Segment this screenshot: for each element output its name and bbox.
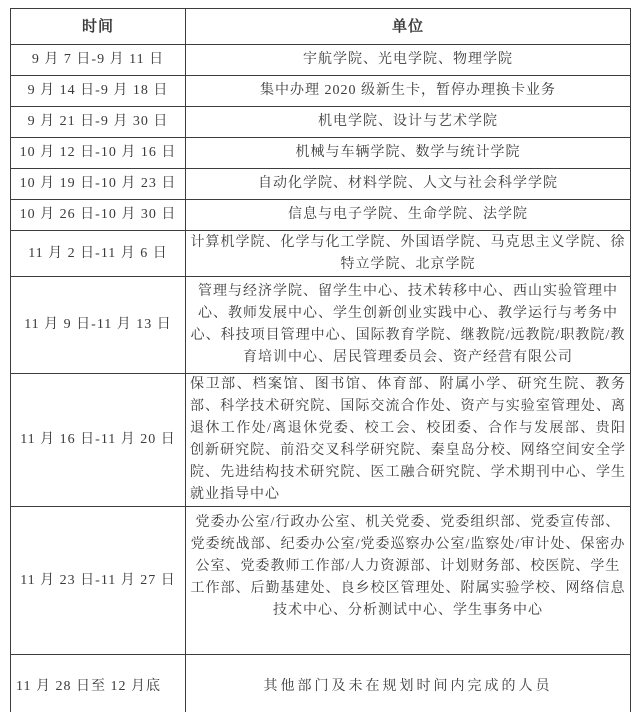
time-cell: 9 月 21 日-9 月 30 日	[11, 107, 186, 138]
unit-cell: 管理与经济学院、留学生中心、技术转移中心、西山实验管理中心、教师发展中心、学生创…	[186, 277, 631, 374]
time-cell: 9 月 14 日-9 月 18 日	[11, 76, 186, 107]
unit-cell: 集中办理 2020 级新生卡，暂停办理换卡业务	[186, 76, 631, 107]
table-body: 9 月 7 日-9 月 11 日 宇航学院、光电学院、物理学院 9 月 14 日…	[11, 45, 631, 712]
unit-cell: 计算机学院、化学与化工学院、外国语学院、马克思主义学院、徐特立学院、北京学院	[186, 231, 631, 277]
header-time: 时间	[11, 9, 186, 45]
document-page: 时间 单位 9 月 7 日-9 月 11 日 宇航学院、光电学院、物理学院 9 …	[0, 0, 640, 712]
table-row: 11 月 2 日-11 月 6 日 计算机学院、化学与化工学院、外国语学院、马克…	[11, 231, 631, 277]
table-row: 9 月 14 日-9 月 18 日 集中办理 2020 级新生卡，暂停办理换卡业…	[11, 76, 631, 107]
table-row: 11 月 23 日-11 月 27 日 党委办公室/行政办公室、机关党委、党委组…	[11, 507, 631, 655]
time-cell: 11 月 16 日-11 月 20 日	[11, 374, 186, 507]
table-row: 9 月 7 日-9 月 11 日 宇航学院、光电学院、物理学院	[11, 45, 631, 76]
table-row: 10 月 26 日-10 月 30 日 信息与电子学院、生命学院、法学院	[11, 200, 631, 231]
time-cell: 11 月 9 日-11 月 13 日	[11, 277, 186, 374]
table-row: 11 月 9 日-11 月 13 日 管理与经济学院、留学生中心、技术转移中心、…	[11, 277, 631, 374]
unit-cell: 信息与电子学院、生命学院、法学院	[186, 200, 631, 231]
unit-cell: 宇航学院、光电学院、物理学院	[186, 45, 631, 76]
time-cell: 10 月 26 日-10 月 30 日	[11, 200, 186, 231]
table-header-row: 时间 单位	[11, 9, 631, 45]
header-unit: 单位	[186, 9, 631, 45]
table-row: 11 月 16 日-11 月 20 日 保卫部、档案馆、图书馆、体育部、附属小学…	[11, 374, 631, 507]
unit-cell: 保卫部、档案馆、图书馆、体育部、附属小学、研究生院、教务部、科学技术研究院、国际…	[186, 374, 631, 507]
unit-cell: 其他部门及未在规划时间内完成的人员	[186, 655, 631, 712]
time-cell: 11 月 28 日至 12 月底	[11, 655, 186, 712]
table-row: 10 月 19 日-10 月 23 日 自动化学院、材料学院、人文与社会科学学院	[11, 169, 631, 200]
time-cell: 9 月 7 日-9 月 11 日	[11, 45, 186, 76]
table-row: 9 月 21 日-9 月 30 日 机电学院、设计与艺术学院	[11, 107, 631, 138]
unit-cell: 机电学院、设计与艺术学院	[186, 107, 631, 138]
time-cell: 10 月 12 日-10 月 16 日	[11, 138, 186, 169]
table-row: 11 月 28 日至 12 月底 其他部门及未在规划时间内完成的人员	[11, 655, 631, 712]
unit-cell: 党委办公室/行政办公室、机关党委、党委组织部、党委宣传部、党委统战部、纪委办公室…	[186, 507, 631, 655]
table-row: 10 月 12 日-10 月 16 日 机械与车辆学院、数学与统计学院	[11, 138, 631, 169]
time-cell: 10 月 19 日-10 月 23 日	[11, 169, 186, 200]
unit-cell: 自动化学院、材料学院、人文与社会科学学院	[186, 169, 631, 200]
time-cell: 11 月 23 日-11 月 27 日	[11, 507, 186, 655]
schedule-table: 时间 单位 9 月 7 日-9 月 11 日 宇航学院、光电学院、物理学院 9 …	[10, 8, 631, 712]
time-cell: 11 月 2 日-11 月 6 日	[11, 231, 186, 277]
unit-cell: 机械与车辆学院、数学与统计学院	[186, 138, 631, 169]
